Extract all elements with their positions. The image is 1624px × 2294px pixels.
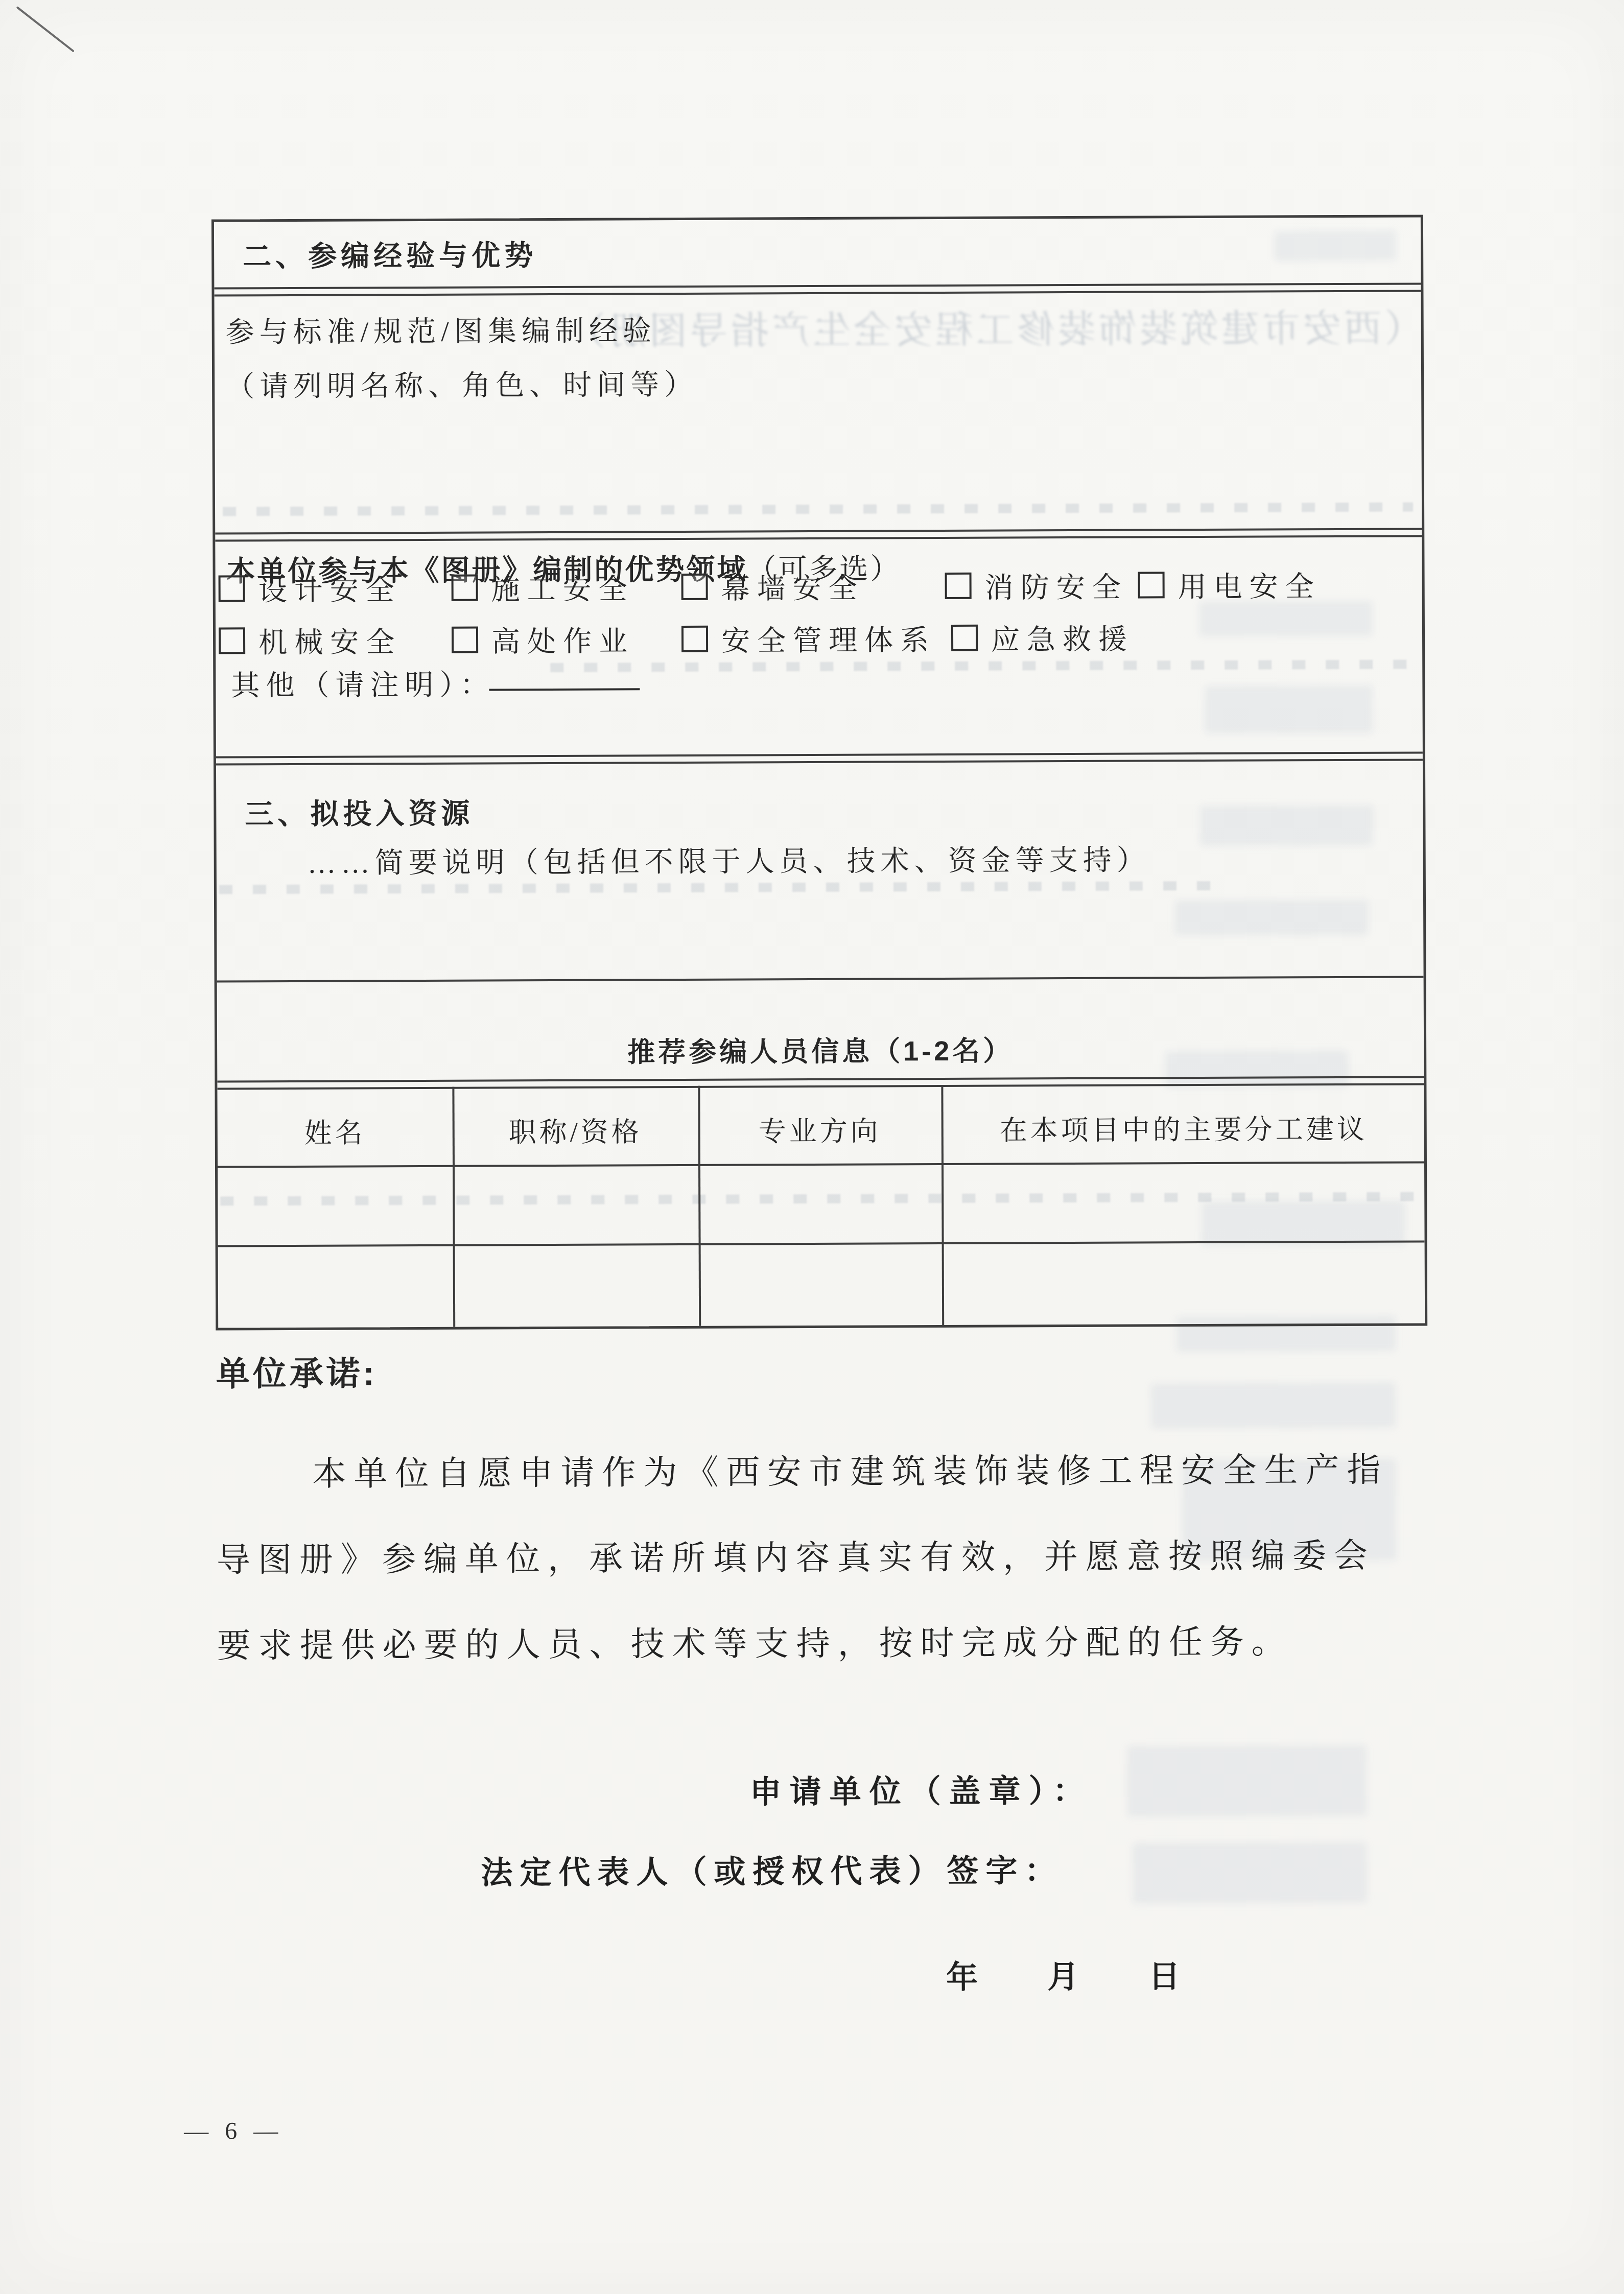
divider	[216, 759, 1423, 765]
checkbox-icon[interactable]	[951, 625, 978, 651]
resources-fill-area[interactable]	[222, 876, 1418, 978]
table-cell[interactable]	[218, 1246, 454, 1327]
checkbox-label: 高处作业	[491, 619, 634, 660]
commitment-line: 本单位自愿申请作为《西安市建筑装饰装修工程安全生产指	[312, 1442, 1388, 1495]
checkbox-option[interactable]: 设计安全	[219, 573, 402, 604]
column-header-specialty: 专业方向	[698, 1109, 942, 1149]
commitment-heading: 单位承诺:	[216, 1346, 377, 1395]
divider	[215, 535, 1422, 541]
divider	[214, 282, 1421, 289]
applicant-unit-seal-label: 申请单位（盖章）：	[750, 1765, 1093, 1812]
checkbox-option[interactable]: 应急救援	[951, 622, 1134, 653]
checkbox-label: 幕墙安全	[721, 566, 864, 607]
table-cell[interactable]	[944, 1242, 1427, 1323]
table-cell[interactable]	[701, 1244, 943, 1325]
bleed-through-block	[1151, 1382, 1396, 1429]
checkbox-icon[interactable]	[219, 627, 245, 654]
page-number: — 6 —	[184, 2117, 283, 2145]
checkbox-icon[interactable]	[681, 574, 708, 600]
bleed-through-block	[1126, 1745, 1367, 1817]
checkbox-label: 安全管理体系	[721, 618, 936, 659]
checkbox-option[interactable]: 幕墙安全	[681, 571, 864, 602]
other-option-label: 其他（请注明）：	[231, 662, 495, 704]
page-content: （西安市建筑装饰装修工程安全生产指导图册） 二、参编经验与优势 参与标准/规范/…	[0, 0, 1624, 2294]
experience-label: 参与标准/规范/图集编制经验	[226, 308, 656, 350]
section-three-description: ……简要说明（包括但不限于人员、技术、资金等支持）	[308, 837, 1150, 881]
table-cell[interactable]	[218, 1167, 453, 1245]
scanned-form-page: （西安市建筑装饰装修工程安全生产指导图册） 二、参编经验与优势 参与标准/规范/…	[0, 0, 1624, 2294]
checkbox-option[interactable]: 机械安全	[219, 625, 402, 656]
section-three-title: 三、拟投入资源	[245, 791, 474, 833]
checkbox-option[interactable]: 高处作业	[452, 624, 634, 655]
checkbox-label: 应急救援	[991, 617, 1134, 658]
column-header-title: 职称/资格	[453, 1110, 698, 1150]
divider	[217, 1083, 1424, 1090]
column-header-name: 姓名	[218, 1111, 453, 1151]
table-cell[interactable]	[944, 1163, 1426, 1242]
checkbox-option[interactable]: 安全管理体系	[681, 623, 936, 654]
checkbox-icon[interactable]	[452, 627, 478, 653]
legal-representative-sign-label: 法定代表人（或授权代表）签字：	[481, 1845, 1063, 1893]
checkbox-icon[interactable]	[945, 573, 972, 599]
table-cell[interactable]	[700, 1165, 942, 1243]
bleed-through-block	[1132, 1842, 1367, 1904]
divider	[217, 1076, 1424, 1082]
checkbox-option[interactable]: 消防安全	[945, 570, 1128, 601]
checkbox-option[interactable]: 施工安全	[452, 572, 634, 603]
column-header-role: 在本项目中的主要分工建议	[942, 1107, 1426, 1148]
checkbox-label: 用电安全	[1178, 564, 1321, 605]
checkbox-label: 设计安全	[258, 567, 402, 609]
checkbox-option[interactable]: 用电安全	[1138, 569, 1321, 600]
checkbox-label: 消防安全	[984, 565, 1127, 606]
checkbox-icon[interactable]	[452, 575, 478, 601]
experience-fill-area[interactable]	[220, 401, 1416, 528]
checkbox-label: 机械安全	[258, 620, 402, 661]
other-fill-blank[interactable]	[489, 688, 640, 691]
commitment-line: 导图册》参编单位，承诺所填内容真实有效，并愿意按照编委会	[217, 1528, 1375, 1581]
checkbox-icon[interactable]	[219, 575, 245, 602]
table-cell[interactable]	[455, 1166, 699, 1244]
personnel-table-title: 推荐参编人员信息（1-2名）	[217, 1027, 1424, 1071]
divider	[215, 528, 1422, 534]
experience-hint: （请列明名称、角色、时间等）	[226, 362, 698, 405]
checkbox-label: 施工安全	[491, 566, 634, 608]
section-two-title: 二、参编经验与优势	[243, 233, 537, 275]
checkbox-icon[interactable]	[1138, 572, 1165, 598]
date-label: 年 月 日	[946, 1951, 1182, 1997]
checkbox-icon[interactable]	[681, 626, 708, 652]
divider	[216, 751, 1423, 758]
application-form-table: 二、参编经验与优势 参与标准/规范/图集编制经验 （请列明名称、角色、时间等） …	[211, 215, 1427, 1330]
table-cell[interactable]	[455, 1245, 699, 1326]
commitment-line: 要求提供必要的人员、技术等支持，按时完成分配的任务。	[217, 1614, 1292, 1667]
divider	[214, 290, 1421, 296]
